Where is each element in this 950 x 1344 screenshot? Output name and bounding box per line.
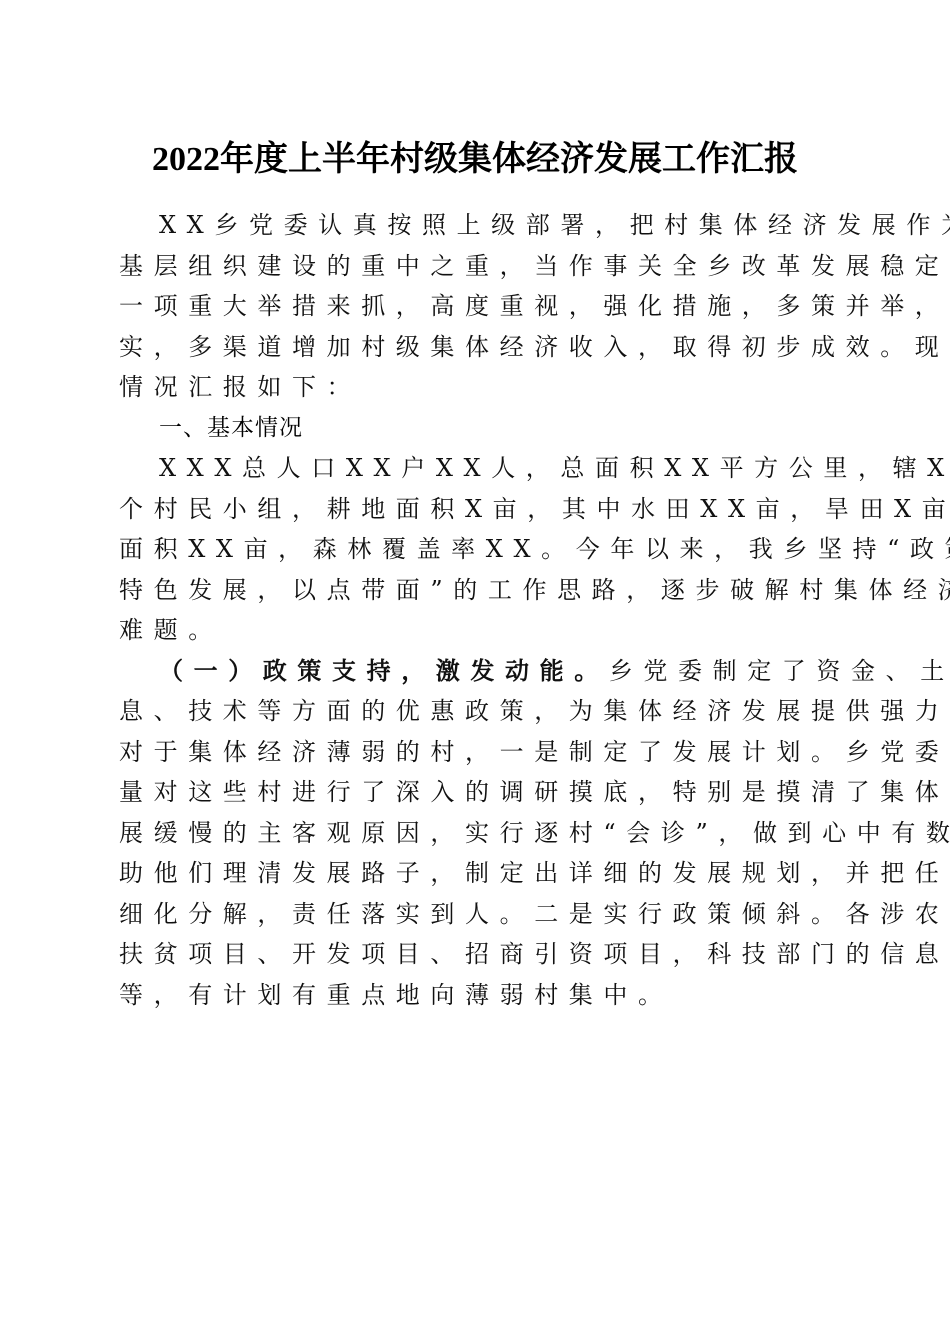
text-line: （一）政策支持，激发动能。乡党委制定了资金、土地、信: [119, 651, 831, 692]
text-line: 扶贫项目、开发项目、招商引资项目，科技部门的信息、技术: [119, 934, 831, 975]
document-page: 2022年度上半年村级集体经济发展工作汇报 XX乡党委认真按照上级部署，把村集体…: [0, 0, 950, 1344]
document-body: XX乡党委认真按照上级部署，把村集体经济发展作为农村 基层组织建设的重中之重，当…: [119, 205, 831, 1015]
text-line: 面积XX亩，森林覆盖率XX。今年以来，我乡坚持“政策引导，: [119, 529, 831, 570]
text-line: 对于集体经济薄弱的村，一是制定了发展计划。乡党委组织力: [119, 732, 831, 773]
text-line: 难题。: [119, 610, 831, 651]
document-title: 2022年度上半年村级集体经济发展工作汇报: [0, 138, 950, 182]
text-line: 等，有计划有重点地向薄弱村集中。: [119, 975, 831, 1016]
text-line: 量对这些村进行了深入的调研摸底，特别是摸清了集体经济发: [119, 772, 831, 813]
text-line: XXX总人口XX户XX人，总面积XX平方公里，辖XX个村X: [119, 448, 831, 489]
policy-support-paragraph: （一）政策支持，激发动能。乡党委制定了资金、土地、信 息、技术等方面的优惠政策，…: [119, 651, 831, 1016]
text-line: 特色发展，以点带面”的工作思路，逐步破解村集体经济发展: [119, 570, 831, 611]
text-line: 一项重大举措来抓，高度重视，强化措施，多策并举，抓好落: [119, 286, 831, 327]
text-line: XX乡党委认真按照上级部署，把村集体经济发展作为农村: [119, 205, 831, 246]
intro-paragraph: XX乡党委认真按照上级部署，把村集体经济发展作为农村 基层组织建设的重中之重，当…: [119, 205, 831, 408]
text-line: 情况汇报如下：: [119, 367, 831, 408]
subsection-lead: （一）政策支持，激发动能。: [159, 656, 609, 685]
basic-situation-paragraph: XXX总人口XX户XX人，总面积XX平方公里，辖XX个村X 个村民小组，耕地面积…: [119, 448, 831, 651]
text-run: 乡党委制定了资金、土地、信: [609, 657, 950, 685]
text-line: 个村民小组，耕地面积X亩，其中水田XX亩，旱田X亩，山林: [119, 489, 831, 530]
text-line: 展缓慢的主客观原因，实行逐村“会诊”，做到心中有数，帮: [119, 813, 831, 854]
text-line: 实，多渠道增加村级集体经济收入，取得初步成效。现将有关: [119, 327, 831, 368]
section-heading: 一、基本情况: [119, 408, 831, 449]
text-line: 助他们理清发展路子，制定出详细的发展规划，并把任务指标: [119, 853, 831, 894]
text-line: 细化分解，责任落实到人。二是实行政策倾斜。各涉农部门的: [119, 894, 831, 935]
text-line: 基层组织建设的重中之重，当作事关全乡改革发展稳定大局的: [119, 246, 831, 287]
text-line: 息、技术等方面的优惠政策，为集体经济发展提供强力支持。: [119, 691, 831, 732]
